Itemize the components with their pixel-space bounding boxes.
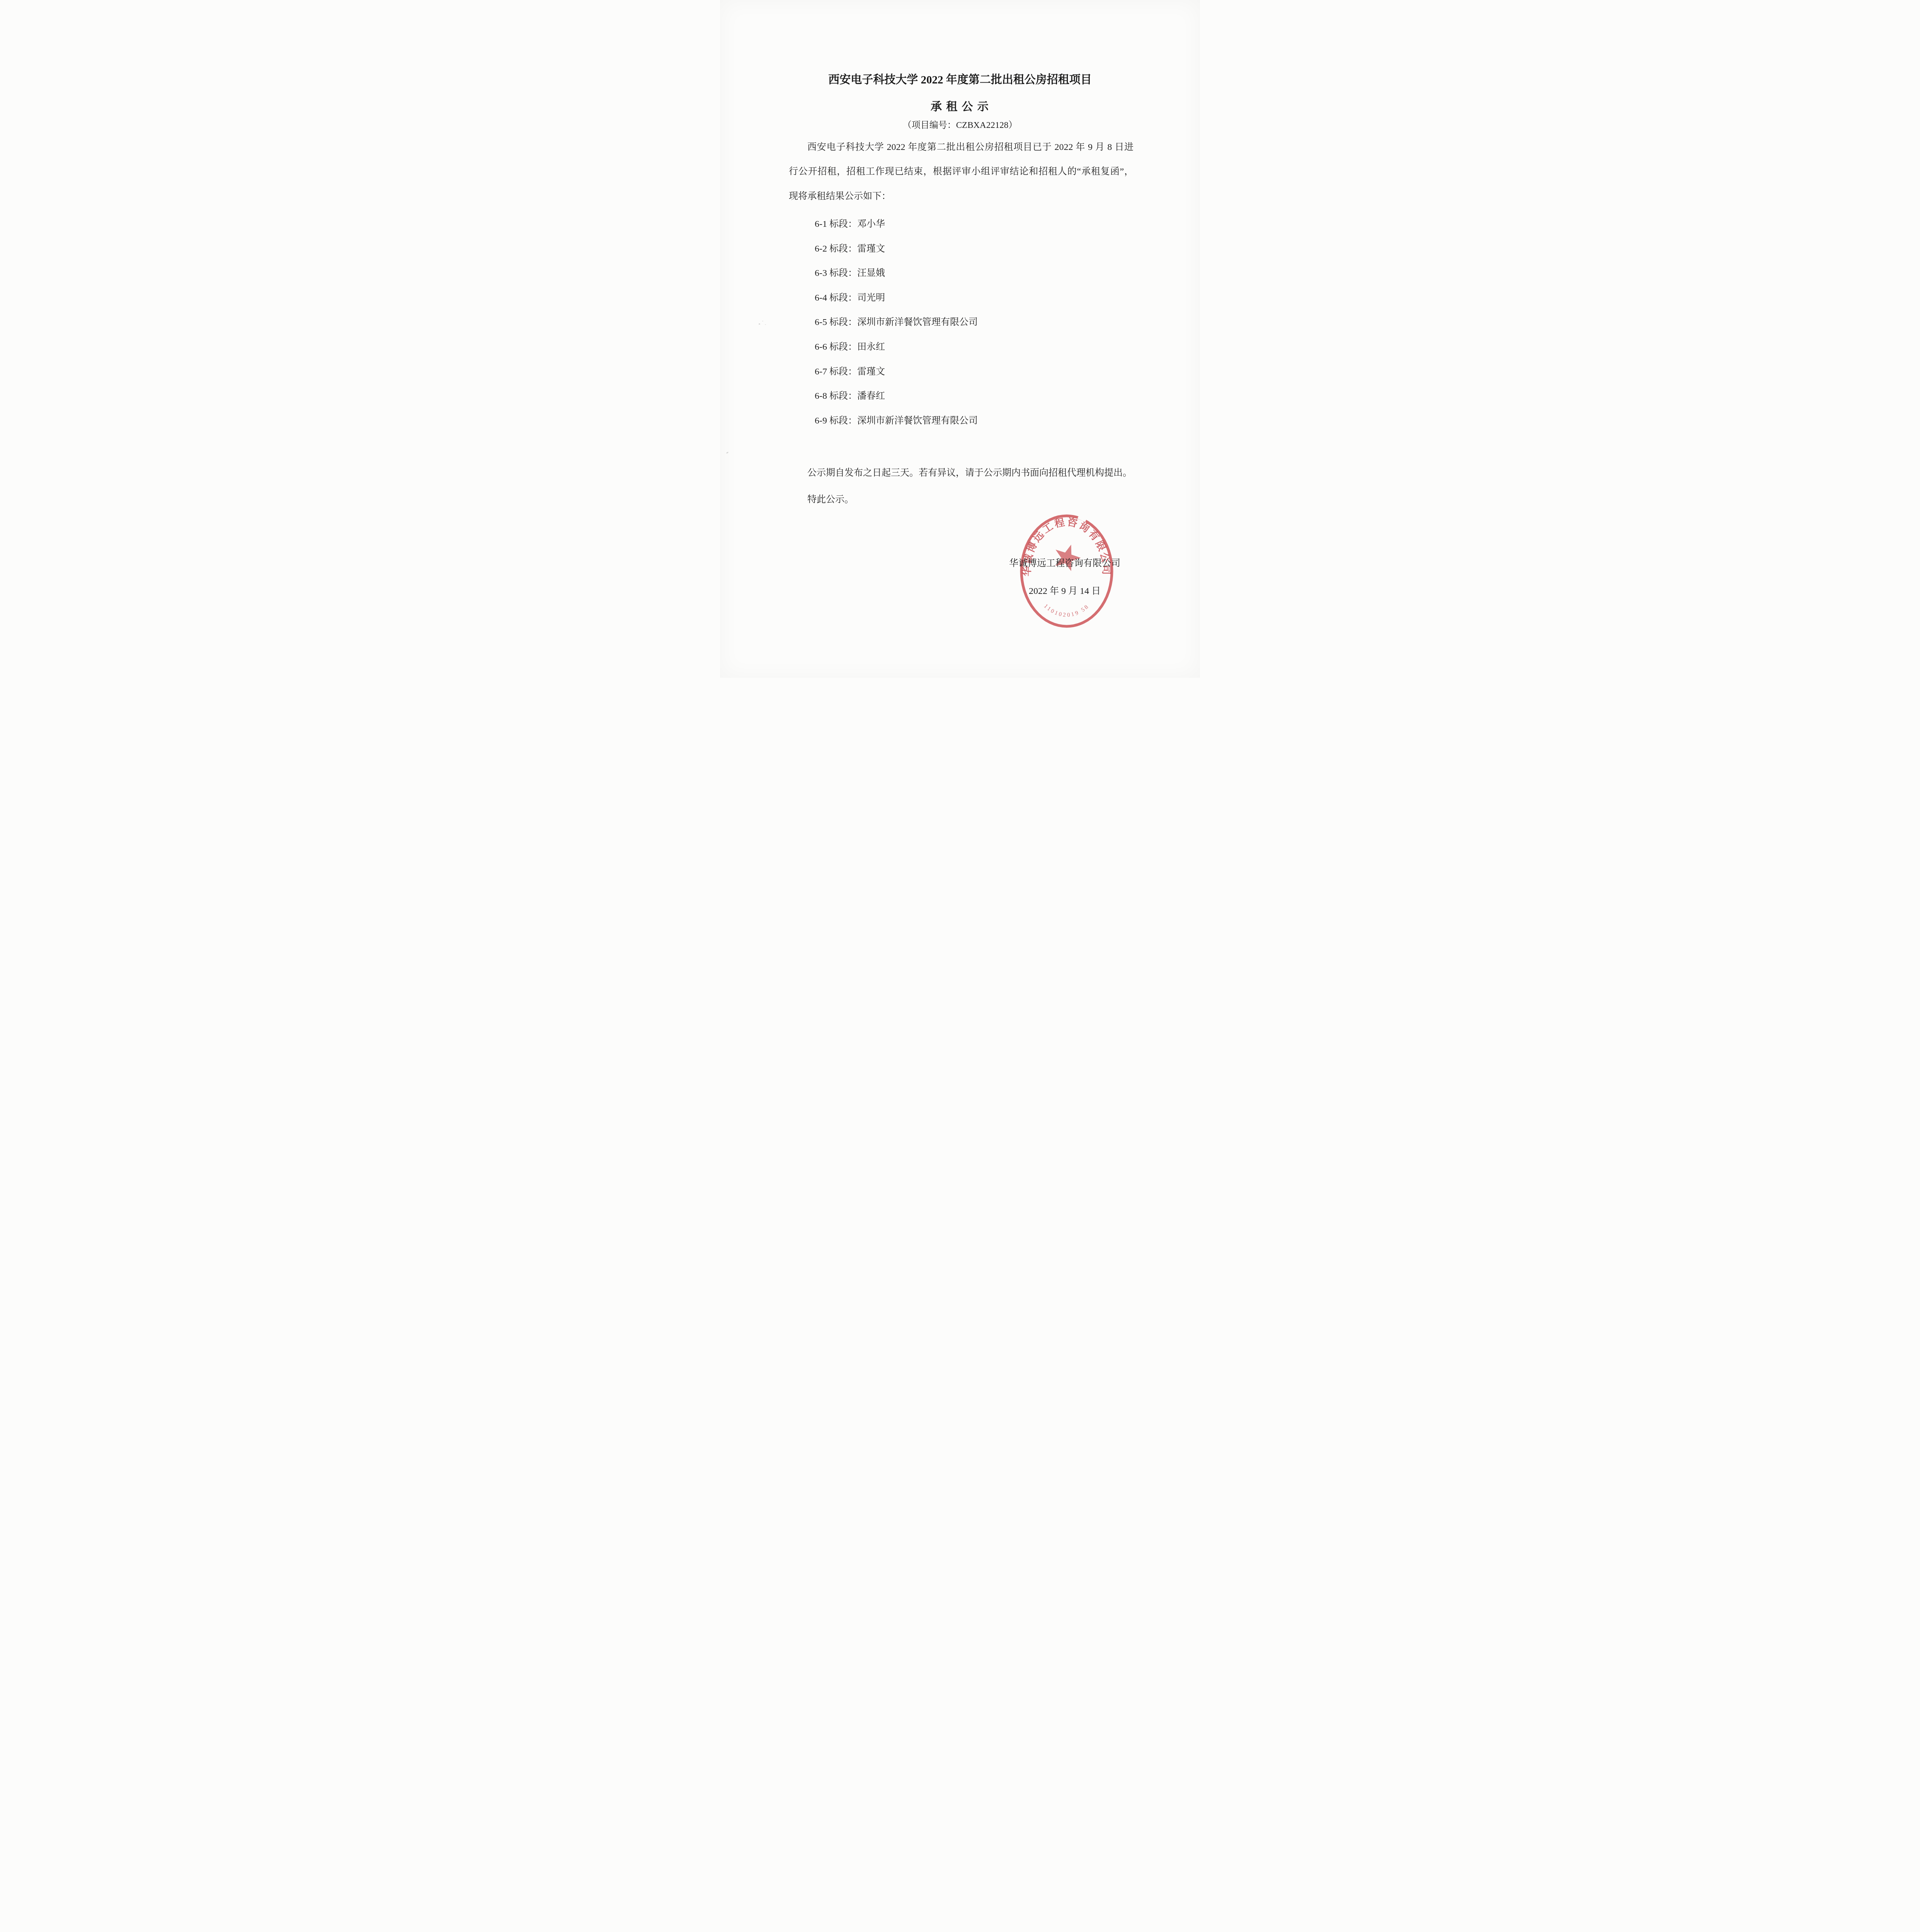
document-title: 西安电子科技大学 2022 年度第二批出租公房招租项目 [720,72,1200,88]
document-subtitle: 承 租 公 示 [720,99,1200,115]
svg-text:110102019 58: 110102019 58 [1043,603,1091,619]
result-item-6-8: 6-8 标段：潘春红 [815,389,885,403]
scan-speck [765,324,766,325]
signature-block: 华诚博远工程咨询有限公司 2022 年 9 月 14 日 [1009,557,1120,598]
result-item-6-6: 6-6 标段：田永红 [815,340,885,354]
result-item-6-7: 6-7 标段：雷瑾文 [815,365,885,378]
signature-date: 2022 年 9 月 14 日 [1009,585,1120,598]
scan-speck [762,321,763,321]
result-item-6-4: 6-4 标段：司光明 [815,291,885,304]
result-item-6-5: 6-5 标段：深圳市新洋餐饮管理有限公司 [815,316,978,329]
intro-line-2: 行公开招租，招租工作现已结束，根据评审小组评审结论和招租人的“承租复函”， [789,165,1134,178]
notice-document: 西安电子科技大学 2022 年度第二批出租公房招租项目 承 租 公 示 （项目编… [720,0,1200,678]
signature-company: 华诚博远工程咨询有限公司 [1009,557,1120,570]
result-item-6-9: 6-9 标段：深圳市新洋餐饮管理有限公司 [815,414,978,427]
seal-serial-text: 110102019 58 [1043,603,1091,619]
result-item-6-3: 6-3 标段：汪显娥 [815,267,885,280]
intro-line-1: 西安电子科技大学 2022 年度第二批出租公房招租项目已于 2022 年 9 月… [789,141,1134,154]
closing-paragraph: 公示期自发布之日起三天。若有异议，请于公示期内书面向招租代理机构提出。 [789,466,1134,480]
scan-speck [759,323,760,325]
intro-line-3: 现将承租结果公示如下： [789,190,1134,203]
result-item-6-2: 6-2 标段：雷瑾文 [815,242,885,255]
result-item-6-1: 6-1 标段：邓小华 [815,218,885,231]
project-number: （项目编号：CZBXA22128） [720,119,1200,132]
closing-note: 特此公示。 [807,493,854,506]
scan-speck [726,452,729,454]
